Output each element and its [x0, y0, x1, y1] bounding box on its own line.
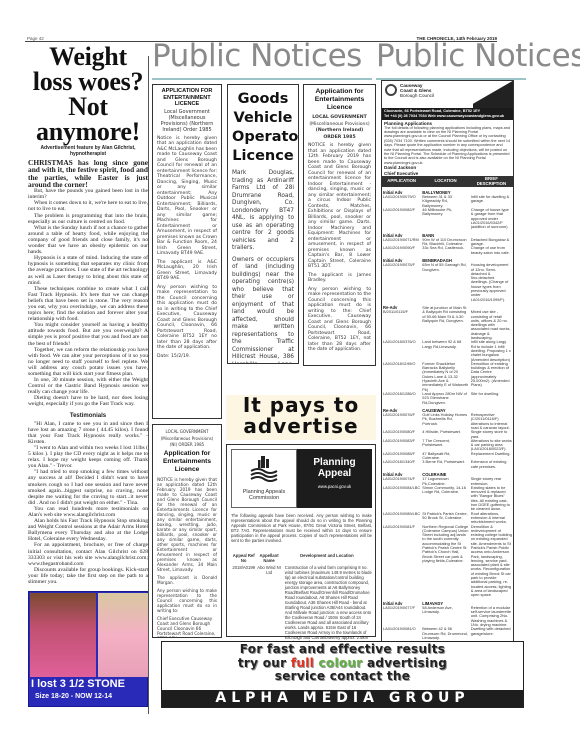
- before-after-photo: I lost 3 1/2 STONE Size 18-20 - NOW 12-1…: [28, 591, 148, 707]
- article-paragraph: But, have the pounds you gained been los…: [28, 188, 148, 200]
- notice-applicant: The applicant is A&C McLaughlin, 20 Iris…: [157, 260, 217, 282]
- appeals-table: Appeal Ref No Appellant Name Development…: [231, 553, 372, 645]
- description-cell: Change of house type & garage from that …: [470, 208, 513, 229]
- location: 58 Anderson Ave, Limavady.: [422, 606, 468, 615]
- location-cell: 7 The Crescent, Portstewart.: [421, 439, 469, 452]
- article-paragraph: Together, we can reform the relationship…: [28, 347, 148, 377]
- photo-subcaption: Size 18-20 - NOW 12-14: [35, 693, 112, 700]
- article-byline: Advertisement feature by Alan Gilchrist,…: [28, 146, 148, 157]
- notice-objections: Any person wishing to make representatio…: [157, 285, 217, 351]
- notice-body: Mark Douglas, trading as Ardinariff Farm…: [232, 170, 294, 253]
- location: Northern Regional College (Coleraine Cam…: [422, 525, 468, 564]
- appellant-name: Abo Wind NI Ltd: [256, 565, 281, 645]
- article-paragraph: Hypnosis is a state of mind. Inducing th…: [28, 255, 148, 285]
- description-cell: Retention of a modular self-service laun…: [470, 598, 513, 628]
- description: Change of house type & garage from that …: [471, 208, 512, 229]
- notice-objections: Any person wishing to make representatio…: [308, 287, 371, 353]
- application-cell: Re-AdvLA01/2019/0076/F: [382, 405, 421, 430]
- application-number: LA01/2019/0079/O: [383, 195, 420, 199]
- location-cell: LIMAVADY58 Anderson Ave, Limavady.: [421, 598, 469, 628]
- column-header: Development and Location: [282, 553, 372, 565]
- notice-entertainment-licence-crown-bar: APPLICATION FOR ENTERTAINMENT LICENCE Lo…: [152, 84, 222, 419]
- description-cell: Roof alterations, extension & internal r…: [470, 512, 513, 525]
- planning-appeal-header: Planning Appeal www.pacni.gov.uk: [297, 449, 372, 508]
- article-paragraph: These techniques combine to create what …: [28, 286, 148, 323]
- city-waves-icon: [249, 454, 279, 482]
- article-lead: CHRISTMAS has long since gone and with i…: [28, 159, 148, 188]
- location-cell: 46 Millbrooke Pk, Ballymoney.: [421, 208, 469, 229]
- notice-subtitle: LOCAL GOVERNMENT: [157, 429, 217, 435]
- location-cell: BALLYMONEYBetween 31 & 33 Kilgreaddy Rd,…: [421, 187, 469, 208]
- table-row: Initial AdvLA01/2019/0075/FBENBRADAGH65m…: [382, 255, 513, 302]
- location-cell: Land between 92 & 68 Largy Rd,Limavady.: [421, 340, 469, 361]
- location: Between 42 & 56 Drumsurn Rd, Drummond, L…: [422, 627, 468, 640]
- application-number: LA01/2019/0089/LBC: [383, 512, 420, 516]
- testimonial: "Hi Alan, I came to see you in and since…: [28, 421, 148, 445]
- notice-subtitle: ORDER 1985: [308, 135, 371, 141]
- application-number: LA01/2018/1340/F: [383, 460, 420, 464]
- application-cell: Re-AdvB/2011/0115/F: [382, 302, 421, 340]
- testimonial: For an appointment, brochure, or free of…: [28, 542, 148, 566]
- planning-appeal-notice: Planning Appeals Commission Planning App…: [226, 444, 376, 637]
- column-header: BRIEF DESCRIPTION: [470, 176, 513, 187]
- description-cell: Demolition & redevelopment of existing c…: [470, 525, 513, 598]
- notice-entertainment-licence-captains-bar: Application for Entertainments Licence L…: [303, 84, 376, 366]
- testimonial: "I went to Alan and within two weeks I l…: [28, 445, 148, 469]
- notice-title: Goods Vehicle Operator's Licence: [232, 90, 294, 166]
- table-row: LA01/2019/0089/LBCSt Patrick's Parish Ce…: [382, 512, 513, 525]
- article-paragraph: In one, 30 minute session, with either t…: [28, 377, 148, 395]
- notice-subtitle: (Miscellaneous Provisions): [308, 122, 371, 128]
- table-row: LA01/2019/0090/F33c Sea Rd, Castlerock.C…: [382, 246, 513, 255]
- planning-appeals-commission-logo: Planning Appeals Commission: [231, 449, 297, 508]
- banner-line: advertise: [226, 416, 376, 437]
- advert-line: service contact the: [162, 670, 523, 684]
- location: Simon Community, 14-16 Lodge Rd, Colerai…: [422, 486, 468, 495]
- description-cell: Mixed use site - consisting of retail un…: [470, 302, 513, 340]
- council-name: Causeway Coast & Glens Borough Council: [400, 83, 434, 98]
- table-row: LA01/2018/1340/F3 Berne Rd, Portstewart.…: [382, 460, 513, 469]
- description: Retention of a modular self-service laun…: [471, 606, 512, 627]
- description-cell: Single storey rear extension.: [470, 469, 513, 486]
- notice-title: Application for Entertainments Licence: [157, 450, 217, 474]
- application-number: LA01/2019/0082/F: [383, 208, 420, 212]
- location-cell: CAUSEWAYGolf Links Holiday Homes Pk, Bus…: [421, 405, 469, 430]
- notice-title: Application for Entertainments Licence: [308, 88, 371, 112]
- article-paragraph: The problem is programming that into the…: [28, 213, 148, 225]
- table-row: LA01/2019/0081/OBetween 42 & 56 Drumsurn…: [382, 627, 513, 640]
- notice-objections: Any person wishing to make representatio…: [157, 588, 217, 613]
- alpha-media-advert: For fast and effective results try our f…: [161, 641, 524, 708]
- application-cell: LA01/2019/0090/F: [382, 246, 421, 255]
- full-text: full: [291, 656, 314, 670]
- application-number: LA01/2018/1199/O: [383, 362, 420, 366]
- application-cell: Initial AdvLA01/2019/0079/O: [382, 187, 421, 208]
- column-header: LOCATION: [421, 176, 469, 187]
- council-contact-bar: Cloonavin, 66 Portstewart Road, Colerain…: [382, 108, 513, 120]
- colour-text: colour: [319, 656, 363, 670]
- application-cell: LA01/2019/0083/F: [382, 439, 421, 452]
- notice-applicant: The applicant is James Bradley.: [308, 273, 371, 284]
- description: Mixed use site - consisting of retail un…: [471, 310, 512, 340]
- table-row: LA01/2018/1286/OLand Approx 280m NW of 9…: [382, 392, 513, 405]
- description: Existing slates to be removed & replaced…: [471, 486, 512, 512]
- notice-subtitle: (Northern Ireland): [308, 128, 371, 134]
- application-number: LA01/2018/1286/O: [383, 392, 420, 396]
- description-cell: Alterations to site works & car parking …: [470, 439, 513, 452]
- application-number: B/2011/0115/F: [383, 310, 420, 314]
- location: 3 Berne Rd, Portstewart.: [422, 460, 468, 464]
- column-header: APPLICATION: [382, 176, 421, 187]
- notice-body: NOTICE is hereby given that an applicati…: [308, 143, 371, 270]
- notice-title: APPLICATION FOR ENTERTAINMENT LICENCE: [157, 88, 217, 108]
- heading-underline: [152, 78, 372, 80]
- table-row: Re-AdvLA01/2019/0076/FCAUSEWAYGolf Links…: [382, 405, 513, 430]
- notice-subtitle: LOCAL GOVERNMENT: [308, 115, 371, 121]
- location: Land between 92 & 68 Largy Rd,Limavady.: [422, 340, 468, 349]
- applications-table: APPLICATION LOCATION BRIEF DESCRIPTION I…: [382, 176, 513, 652]
- description: Infill site along Largy Rd to include 1 …: [471, 340, 512, 361]
- application-cell: Initial AdvLA01/2019/0071/RM: [382, 230, 421, 247]
- description: Extension of existing cafe premises.: [471, 460, 512, 469]
- application-number: LA01/2019/0074/F: [383, 477, 420, 481]
- table-row: Re-AdvB/2011/0115/FSite at junction of M…: [382, 302, 513, 340]
- description-cell: Existing slates to be removed & replaced…: [470, 486, 513, 512]
- council-planning-applications: Causeway Coast & Glens Borough Council C…: [381, 80, 514, 652]
- column-header: Appeal Ref No: [231, 553, 256, 565]
- advert-brand: ALPHA MEDIA GROUP: [162, 690, 523, 707]
- planning-appeal-url[interactable]: www.pacni.gov.uk: [297, 484, 372, 489]
- notice-subtitle: Local Government (Miscellaneous Provisio…: [157, 109, 217, 133]
- application-cell: LA01/2019/0084/LBC: [382, 486, 421, 512]
- testimonial: You can read hundreds more testimonials …: [28, 506, 148, 518]
- application-cell: Initial AdvLA01/2019/0075/F: [382, 255, 421, 302]
- section-intro: The full details of following planning a…: [382, 126, 513, 166]
- application-cell: LA01/2018/0376/O: [382, 340, 421, 361]
- application-number: LA01/2019/0081/O: [383, 627, 420, 631]
- description: Site for dwelling.: [471, 392, 512, 396]
- application-cell: LA01/2018/1286/O: [382, 392, 421, 405]
- description: Roof alterations, extension & internal r…: [471, 512, 512, 525]
- application-number: LA01/2019/0080/F: [383, 430, 420, 434]
- location: St Patrick's Parish Centre, 50 Brook St,…: [422, 512, 468, 521]
- advert-line: For fast and effective results: [162, 643, 523, 657]
- description-cell: Demolition of existing buildings & erect…: [470, 362, 513, 392]
- table-row: Initial AdvLA01/2019/0074/FCOLERAINE17 L…: [382, 469, 513, 486]
- location-cell: Former Shackleton Barracks Ballykelly (i…: [421, 362, 469, 392]
- testimonial: Discounts available for group bookings. …: [28, 567, 148, 585]
- application-number: LA01/2019/0077/F: [383, 606, 420, 610]
- application-cell: LA01/2018/1340/F: [382, 460, 421, 469]
- before-photo: [30, 593, 96, 677]
- appeal-ref: 2018/A0199: [231, 565, 256, 645]
- column-header: Appellant Name: [256, 553, 281, 565]
- council-logo-icon: [385, 84, 397, 96]
- notice-entertainment-licence-alexander-arms: LOCAL GOVERNMENT (Miscellaneous Provisio…: [152, 424, 222, 638]
- description-cell: Change of use from beauty salon into caf…: [470, 246, 513, 255]
- application-cell: Initial AdvLA01/2019/0074/F: [382, 469, 421, 486]
- description-cell: Dwelling with detached garage/store.: [470, 627, 513, 640]
- page-number: Page 42: [27, 36, 44, 41]
- application-cell: Initial AdvLA01/2019/0077/F: [382, 598, 421, 628]
- testimonial: "I had tried to stop smoking a few times…: [28, 469, 148, 506]
- location: Golf Links Holiday Homes Pk, Bushmills R…: [422, 413, 468, 426]
- table-row: LA01/2018/1199/OFormer Shackleton Barrac…: [382, 362, 513, 392]
- testimonial: Alan holds his Fast Track Hypnosis Stop …: [28, 518, 148, 542]
- notice-subtitle: (NI) ORDER 1985: [157, 442, 217, 448]
- location-cell: 3 Berne Rd, Portstewart.: [421, 460, 469, 469]
- location-cell: BENBRADAGH65m N of 55 Garvagh Rd, Dungiv…: [421, 255, 469, 302]
- notice-subtitle: (Miscellaneous Provisions): [157, 436, 217, 442]
- application-number: LA01/2019/0071/RM: [383, 238, 420, 242]
- application-number: LA01/2019/0075/F: [383, 263, 420, 267]
- table-row: Initial AdvLA01/2019/0077/FLIMAVADY58 An…: [382, 598, 513, 628]
- application-cell: LA01/2019/0081/F: [382, 525, 421, 598]
- location-cell: Land Approx 280m NW of 923 Glenshane Rd,…: [421, 392, 469, 405]
- location-cell: COLERAINE17 Loguestown Pk,Coleraine.: [421, 469, 469, 486]
- table-row: LA01/2019/0084/LBCSimon Community, 14-16…: [382, 486, 513, 512]
- location: 4 Hillside, Portstewart.: [422, 430, 468, 434]
- location: Former Shackleton Barracks Ballykelly (i…: [422, 362, 468, 392]
- location-cell: Northern Regional College (Coleraine Cam…: [421, 525, 469, 598]
- planning-appeal-title: Planning Appeal: [297, 457, 372, 479]
- location: 46 Millbrooke Pk, Ballymoney.: [422, 208, 468, 217]
- notice-date: Date: 15/2/19.: [157, 354, 217, 360]
- description-cell: Site for dwelling.: [470, 392, 513, 405]
- table-row: 2018/A0199 Abo Wind NI Ltd Construction …: [231, 565, 372, 645]
- location: Land Approx 280m NW of 923 Glenshane Rd,…: [422, 392, 468, 405]
- planning-appeal-intro: The following appeals have been received…: [231, 513, 372, 543]
- article-paragraph: What is the Sunday lunch if not a chance…: [28, 225, 148, 255]
- notice-applicant: The applicant is Donald Morgan.: [157, 575, 217, 585]
- notice-address: Chief Executive Causeway Coast and Glens…: [157, 616, 217, 639]
- application-number: LA01/2019/0090/F: [383, 246, 420, 250]
- column-divider: [148, 56, 149, 714]
- application-number: LA01/2018/0376/O: [383, 340, 420, 344]
- article-headline: Weight loss woes? Not anymore!: [28, 44, 148, 144]
- description-cell: Infill site for dwelling & garage.: [470, 187, 513, 208]
- description: Replacement Dwelling.: [471, 452, 512, 456]
- council-contact: Tel +44 (0) 28 7034 7034 Web www.causewa…: [384, 114, 511, 119]
- it-pays-to-advertise-banner: It pays to advertise: [226, 395, 376, 440]
- location: 65m N of 55 Garvagh Rd, Dungiven.: [422, 263, 468, 272]
- description-cell: Retrospective (C/2011/0116/F) Alteration…: [470, 405, 513, 430]
- application-cell: LA01/2019/0081/O: [382, 627, 421, 640]
- header-swoosh: [473, 81, 513, 108]
- location: 7 The Crescent, Portstewart.: [422, 439, 468, 448]
- application-number: LA01/2019/0081/F: [383, 525, 420, 529]
- banner-line: It pays to: [226, 395, 376, 416]
- advert-line: try our full colour advertising: [162, 657, 523, 671]
- weight-loss-article: Weight loss woes? Not anymore! Advertise…: [28, 44, 148, 714]
- table-row: Initial AdvLA01/2019/0079/OBALLYMONEYBet…: [382, 187, 513, 208]
- application-cell: LA01/2019/0089/LBC: [382, 512, 421, 525]
- description: Change of use from beauty salon into caf…: [471, 246, 512, 255]
- description: Alterations to site works & car parking …: [471, 439, 512, 452]
- application-cell: LA01/2018/1199/O: [382, 362, 421, 392]
- application-number: LA01/2019/0084/LBC: [383, 486, 420, 490]
- table-row: LA01/2018/0376/OLand between 92 & 68 Lar…: [382, 340, 513, 361]
- council-header: Causeway Coast & Glens Borough Council: [382, 81, 513, 108]
- location-cell: Site at junction of Main St & Ballyquin …: [421, 302, 469, 340]
- notice-body: NOTICE is hereby given that an applicati…: [157, 477, 217, 572]
- application-number: LA01/2019/0083/F: [383, 439, 420, 443]
- location: 33c Sea Rd, Castlerock.: [422, 246, 468, 250]
- location: Site at junction of Main St & Ballyquin …: [422, 306, 468, 323]
- location-cell: St Patrick's Parish Centre, 50 Brook St,…: [421, 512, 469, 525]
- article-paragraph: When it comes down to it, we're here to …: [28, 200, 148, 212]
- location-cell: BANN90m W of 110 Drumcroon Rd, Blackhill…: [421, 230, 469, 247]
- section-heading: Public Notices: [376, 38, 580, 74]
- table-row: Initial AdvLA01/2019/0071/RMBANN90m W of…: [382, 230, 513, 247]
- article-paragraph: Dieting doesn't have to be hard, nor doe…: [28, 395, 148, 407]
- description: Housing development of 12no. Semi-detach…: [471, 263, 512, 302]
- description: Infill site for dwelling & garage.: [471, 195, 512, 204]
- description-cell: Detached Bungalow & garage.: [470, 230, 513, 247]
- description: Dwelling with detached garage/store.: [471, 627, 512, 636]
- development-location: Construction of a wind farm comprising 8…: [282, 565, 372, 645]
- notice-goods-vehicle-licence: Goods Vehicle Operator's Licence Mark Do…: [227, 84, 299, 364]
- description-cell: Extension of existing cafe premises.: [470, 460, 513, 469]
- application-cell: LA01/2019/0082/F: [382, 208, 421, 229]
- application-number: LA01/2019/0076/F: [383, 413, 420, 417]
- article-paragraph: You might consider yourself as having a …: [28, 322, 148, 346]
- application-number: LA01/2019/0085/F: [383, 452, 420, 456]
- description: Demolition of existing buildings & erect…: [471, 362, 512, 388]
- photo-caption: I lost 3 1/2 STONE: [31, 678, 125, 690]
- notice-body: Notice is hereby given that an applicati…: [157, 136, 217, 257]
- description: Demolition & redevelopment of existing c…: [471, 525, 512, 598]
- description-cell: Infill site along Largy Rd to include 1 …: [470, 340, 513, 361]
- location-cell: Simon Community, 14-16 Lodge Rd, Colerai…: [421, 486, 469, 512]
- testimonials-heading: Testimonials: [28, 413, 148, 419]
- table-row: LA01/2019/0083/F7 The Crescent, Portstew…: [382, 439, 513, 452]
- section-heading: Public Notices: [152, 38, 362, 74]
- table-row: LA01/2019/0082/F46 Millbrooke Pk, Ballym…: [382, 208, 513, 229]
- table-row: LA01/2019/0081/FNorthern Regional Colleg…: [382, 525, 513, 598]
- description: Retrospective (C/2011/0116/F) Alteration…: [471, 413, 512, 430]
- location-cell: 33c Sea Rd, Castlerock.: [421, 246, 469, 255]
- description-cell: Housing development of 12no. Semi-detach…: [470, 255, 513, 302]
- logo-text: Planning Appeals Commission: [232, 489, 296, 501]
- notice-body: Owners or occupiers of land (including b…: [232, 257, 294, 365]
- after-photo: [98, 593, 148, 677]
- location-cell: Between 42 & 56 Drumsurn Rd, Drummond, L…: [421, 627, 469, 640]
